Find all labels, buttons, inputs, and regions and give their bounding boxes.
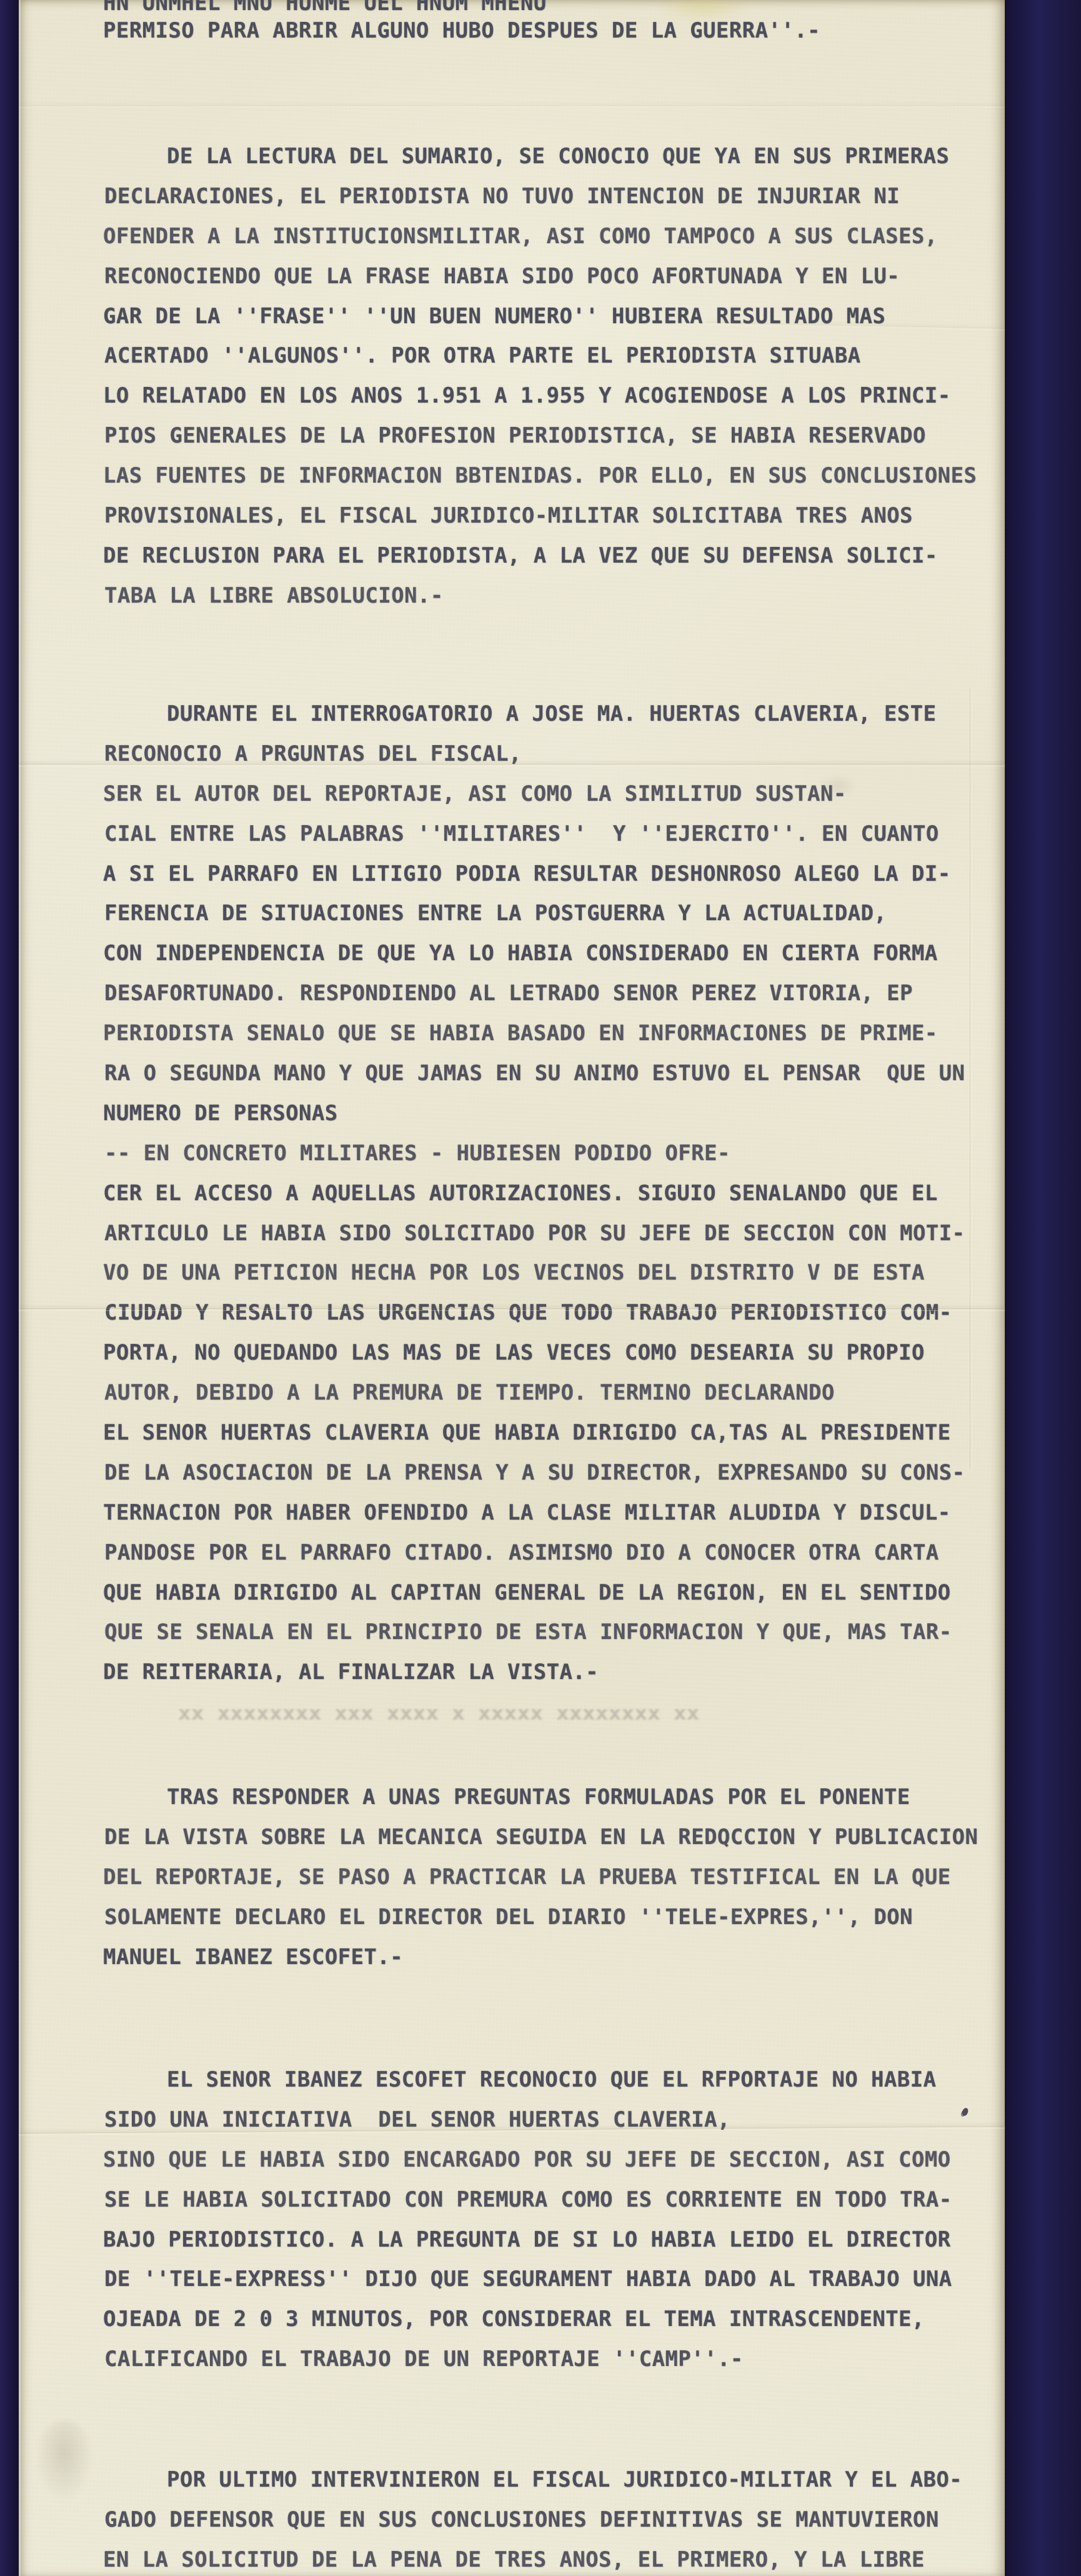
- typewritten-text-line: SER EL AUTOR DEL REPORTAJE, ASI COMO LA …: [103, 774, 1009, 814]
- scanned-typewritten-page: { "document": { "language": "Spanish", "…: [0, 0, 1081, 2576]
- typewritten-text-line: PERMISO PARA ABRIR ALGUNO HUBO DESPUES D…: [103, 11, 1009, 51]
- typewritten-text-line: BAJO PERIODISTICO. A LA PREGUNTA DE SI L…: [103, 2220, 1009, 2260]
- scan-border-right: [1005, 0, 1081, 2576]
- typewritten-text-line: PIOS GENERALES DE LA PROFESION PERIODIST…: [104, 416, 1010, 456]
- typewritten-text-line: LO RELATADO EN LOS ANOS 1.951 A 1.955 Y …: [103, 376, 1009, 416]
- typewritten-text-line: EL SENOR IBANEZ ESCOFET RECONOCIO QUE EL…: [103, 2060, 1009, 2100]
- typewritten-text-line: -- EN CONCRETO MILITARES - HUBIESEN PODI…: [104, 1134, 1010, 1174]
- fold-crease-top: [19, 105, 1005, 107]
- typewritten-text-line: SE LE HABIA SOLICITADO CON PREMURA COMO …: [104, 2180, 1010, 2220]
- smudge-stain: [34, 2420, 94, 2502]
- typewritten-text-line: NUMERO DE PERSONAS: [103, 1094, 1009, 1134]
- typewritten-text-line: SINO QUE LE HABIA SIDO ENCARGADO POR SU …: [103, 2140, 1009, 2180]
- typewritten-text-line: DE LA ASOCIACION DE LA PRENSA Y A SU DIR…: [104, 1453, 1010, 1493]
- typewritten-text-line: TRAS RESPONDER A UNAS PREGUNTAS FORMULAD…: [103, 1778, 1009, 1818]
- typewritten-text-line: VO DE UNA PETICION HECHA POR LOS VECINOS…: [103, 1253, 1009, 1293]
- typewritten-text-line: DE RECLUSION PARA EL PERIODISTA, A LA VE…: [103, 536, 1009, 576]
- typewritten-text-line: PANDOSE POR EL PARRAFO CITADO. ASIMISMO …: [104, 1533, 1010, 1573]
- typewritten-text-line: ARTICULO LE HABIA SIDO SOLICITADO POR SU…: [104, 1214, 1010, 1254]
- typewritten-text-line: RECONOCIENDO QUE LA FRASE HABIA SIDO POC…: [104, 257, 1010, 297]
- typewritten-text-line: TABA LA LIBRE ABSOLUCION.-: [104, 576, 1010, 616]
- typewritten-text-line: SOLAMENTE DECLARO EL DIRECTOR DEL DIARIO…: [104, 1898, 1010, 1938]
- ghost-impression-line: xx xxxxxxxx xxx xxxx x xxxxx xxxxxxxx xx: [178, 1696, 700, 1732]
- scan-border-left: [0, 0, 19, 2576]
- typewritten-text-line: QUE SE SENALA EN EL PRINCIPIO DE ESTA IN…: [104, 1613, 1010, 1653]
- typewritten-text-line: DE ''TELE-EXPRESS'' DIJO QUE SEGURAMENT …: [104, 2260, 1010, 2300]
- typewritten-text-line: RA O SEGUNDA MANO Y QUE JAMAS EN SU ANIM…: [104, 1054, 1010, 1094]
- typewritten-text-line: CON INDEPENDENCIA DE QUE YA LO HABIA CON…: [103, 934, 1009, 974]
- typewritten-text-line: OFENDER A LA INSTITUCIONSMILITAR, ASI CO…: [103, 217, 1009, 257]
- typewritten-text-line: EL SENOR HUERTAS CLAVERIA QUE HABIA DIRI…: [103, 1413, 1009, 1453]
- paragraph-permiso: PERMISO PARA ABRIR ALGUNO HUBO DESPUES D…: [103, 11, 1009, 51]
- typewritten-text-line: MANUEL IBANEZ ESCOFET.-: [103, 1938, 1009, 1978]
- typewritten-text-line: DURANTE EL INTERROGATORIO A JOSE MA. HUE…: [103, 694, 1009, 734]
- typewritten-text-line: PERIODISTA SENALO QUE SE HABIA BASADO EN…: [103, 1014, 1009, 1054]
- typewritten-text-line: DECLARACIONES, EL PERIODISTA NO TUVO INT…: [104, 177, 1010, 217]
- paragraph-prueba-testifical: TRAS RESPONDER A UNAS PREGUNTAS FORMULAD…: [103, 1778, 1009, 1977]
- typewritten-text-line: AUTOR, DEBIDO A LA PREMURA DE TIEMPO. TE…: [104, 1373, 1010, 1413]
- typewritten-text-line: A SI EL PARRAFO EN LITIGIO PODIA RESULTA…: [103, 854, 1009, 895]
- typewritten-text-line: PROVISIONALES, EL FISCAL JURIDICO-MILITA…: [104, 496, 1010, 536]
- typewritten-text-line: CER EL ACCESO A AQUELLAS AUTORIZACIONES.…: [103, 1174, 1009, 1214]
- typewritten-text-line: DE LA LECTURA DEL SUMARIO, SE CONOCIO QU…: [103, 137, 1009, 177]
- typewritten-text-line: CIAL ENTRE LAS PALABRAS ''MILITARES'' Y …: [104, 814, 1010, 854]
- typewritten-text-line: OJEADA DE 2 0 3 MINUTOS, POR CONSIDERAR …: [103, 2300, 1009, 2340]
- paragraph-ibanez-escofet: EL SENOR IBANEZ ESCOFET RECONOCIO QUE EL…: [103, 2060, 1009, 2380]
- typewritten-text-line: RECONOCIO A PRGUNTAS DEL FISCAL,: [104, 734, 1010, 774]
- document-page: HN UNMHEL MNU HUNME UEL HNUM MHENU PERMI…: [19, 0, 1005, 2576]
- typewritten-text-line: GAR DE LA ''FRASE'' ''UN BUEN NUMERO'' H…: [103, 297, 1009, 337]
- paragraph-interrogatorio: DURANTE EL INTERROGATORIO A JOSE MA. HUE…: [103, 694, 1009, 1693]
- typewritten-text-line: POR ULTIMO INTERVINIERON EL FISCAL JURID…: [103, 2460, 1009, 2500]
- paragraph-lectura-sumario: DE LA LECTURA DEL SUMARIO, SE CONOCIO QU…: [103, 137, 1009, 616]
- typewritten-text-line: DE LA VISTA SOBRE LA MECANICA SEGUIDA EN…: [104, 1818, 1010, 1858]
- typewritten-text-line: DESAFORTUNADO. RESPONDIENDO AL LETRADO S…: [104, 974, 1010, 1014]
- typewritten-text-line: ACERTADO ''ALGUNOS''. POR OTRA PARTE EL …: [104, 336, 1010, 376]
- typewritten-text-line: TERNACION POR HABER OFENDIDO A LA CLASE …: [103, 1493, 1009, 1533]
- typewritten-text-line: CALIFICANDO EL TRABAJO DE UN REPORTAJE '…: [104, 2340, 1010, 2380]
- typewritten-text-line: PORTA, NO QUEDANDO LAS MAS DE LAS VECES …: [103, 1333, 1009, 1373]
- paragraph-conclusiones: POR ULTIMO INTERVINIERON EL FISCAL JURID…: [103, 2460, 1009, 2576]
- typewritten-text-line: LAS FUENTES DE INFORMACION BBTENIDAS. PO…: [103, 456, 1009, 496]
- typewritten-text-line: DEL REPORTAJE, SE PASO A PRACTICAR LA PR…: [103, 1858, 1009, 1898]
- typewritten-text-line: EN LA SOLICITUD DE LA PENA DE TRES ANOS,…: [103, 2540, 1009, 2576]
- typewritten-text-line: DE REITERARIA, AL FINALIZAR LA VISTA.-: [103, 1653, 1009, 1693]
- typewritten-text-line: QUE HABIA DIRIGIDO AL CAPITAN GENERAL DE…: [103, 1573, 1009, 1613]
- typewritten-text-line: CIUDAD Y RESALTO LAS URGENCIAS QUE TODO …: [104, 1293, 1010, 1333]
- typewritten-text-line: GADO DEFENSOR QUE EN SUS CONCLUSIONES DE…: [104, 2500, 1010, 2540]
- typewritten-text-line: SIDO UNA INICIATIVA DEL SENOR HUERTAS CL…: [104, 2100, 1010, 2140]
- typewritten-text-line: FERENCIA DE SITUACIONES ENTRE LA POSTGUE…: [104, 894, 1010, 934]
